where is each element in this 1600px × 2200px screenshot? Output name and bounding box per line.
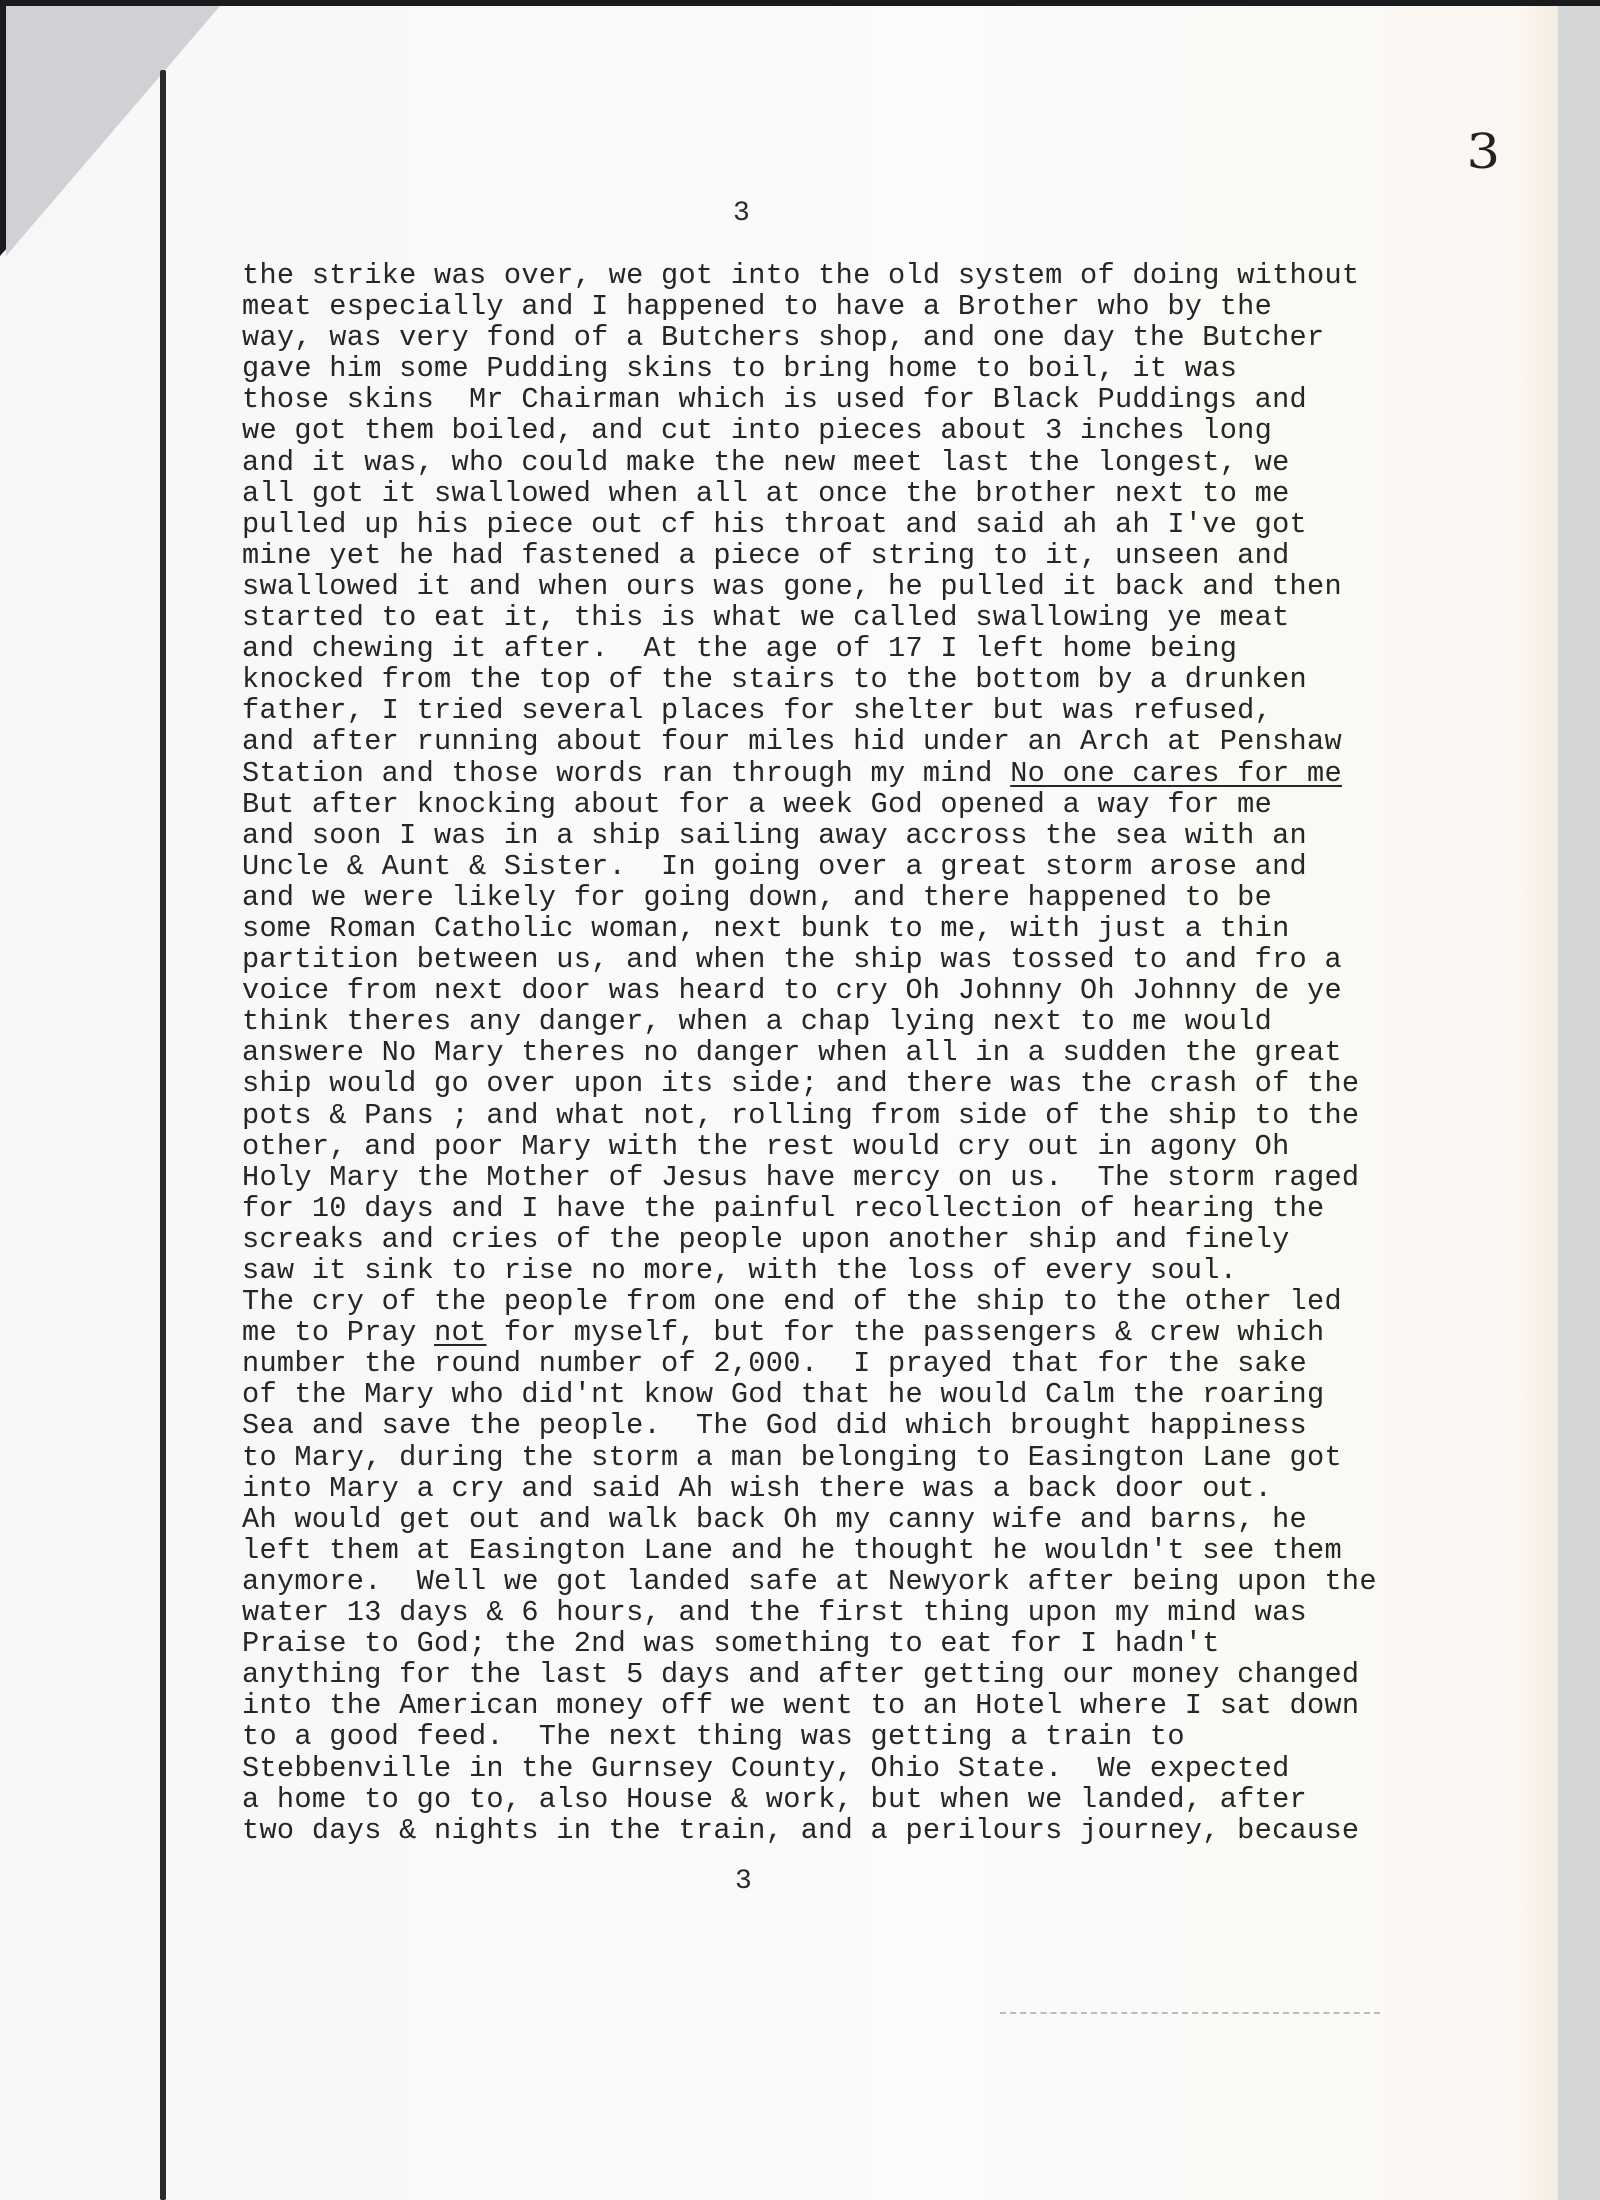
text-line: way, was very fond of a Butchers shop, a… (242, 322, 1482, 353)
text-line: to a good feed. The next thing was getti… (242, 1721, 1482, 1752)
text-line: voice from next door was heard to cry Oh… (242, 975, 1482, 1006)
typed-body-text: the strike was over, we got into the old… (242, 260, 1482, 1846)
text-line: Ah would get out and walk back Oh my can… (242, 1504, 1482, 1535)
text-line: the strike was over, we got into the old… (242, 260, 1482, 291)
text-line: me to Pray not for myself, but for the p… (242, 1317, 1482, 1348)
text-line: water 13 days & 6 hours, and the first t… (242, 1597, 1482, 1628)
text-line: partition between us, and when the ship … (242, 944, 1482, 975)
underlined-phrase: not (434, 1316, 486, 1349)
text-line: some Roman Catholic woman, next bunk to … (242, 913, 1482, 944)
text-line: Stebbenville in the Gurnsey County, Ohio… (242, 1753, 1482, 1784)
text-line: to Mary, during the storm a man belongin… (242, 1442, 1482, 1473)
text-line: and it was, who could make the new meet … (242, 447, 1482, 478)
text-line: The cry of the people from one end of th… (242, 1286, 1482, 1317)
text-line: mine yet he had fastened a piece of stri… (242, 540, 1482, 571)
text-line: meat especially and I happened to have a… (242, 291, 1482, 322)
text-line: Uncle & Aunt & Sister. In going over a g… (242, 851, 1482, 882)
margin-rule (160, 70, 166, 2200)
text-line: But after knocking about for a week God … (242, 789, 1482, 820)
text-line: into Mary a cry and said Ah wish there w… (242, 1473, 1482, 1504)
text-line: screaks and cries of the people upon ano… (242, 1224, 1482, 1255)
text-line: other, and poor Mary with the rest would… (242, 1131, 1482, 1162)
underlined-phrase: No one cares for me (1010, 757, 1342, 790)
text-line: left them at Easington Lane and he thoug… (242, 1535, 1482, 1566)
text-line: and soon I was in a ship sailing away ac… (242, 820, 1482, 851)
text-line: pots & Pans ; and what not, rolling from… (242, 1100, 1482, 1131)
text-line: Station and those words ran through my m… (242, 758, 1482, 789)
text-line: Holy Mary the Mother of Jesus have mercy… (242, 1162, 1482, 1193)
text-line: answere No Mary theres no danger when al… (242, 1037, 1482, 1068)
text-line: and chewing it after. At the age of 17 I… (242, 633, 1482, 664)
text-line: all got it swallowed when all at once th… (242, 478, 1482, 509)
handwritten-page-number: 3 (1466, 124, 1500, 180)
text-line: father, I tried several places for shelt… (242, 695, 1482, 726)
page-number-top: 3 (733, 198, 750, 229)
text-line: of the Mary who did'nt know God that he … (242, 1379, 1482, 1410)
text-line: swallowed it and when ours was gone, he … (242, 571, 1482, 602)
text-line: number the round number of 2,000. I pray… (242, 1348, 1482, 1379)
text-line: anymore. Well we got landed safe at Newy… (242, 1566, 1482, 1597)
page-number-bottom: 3 (735, 1866, 752, 1897)
scanner-frame-top (0, 0, 1600, 6)
text-line: those skins Mr Chairman which is used fo… (242, 384, 1482, 415)
scan-artifact-dashes (1000, 2012, 1380, 2016)
text-line: pulled up his piece out cf his throat an… (242, 509, 1482, 540)
text-line: knocked from the top of the stairs to th… (242, 664, 1482, 695)
text-line: ship would go over upon its side; and th… (242, 1068, 1482, 1099)
text-line: saw it sink to rise no more, with the lo… (242, 1255, 1482, 1286)
text-line: Sea and save the people. The God did whi… (242, 1410, 1482, 1441)
text-line: and after running about four miles hid u… (242, 726, 1482, 757)
text-line: two days & nights in the train, and a pe… (242, 1815, 1482, 1846)
text-line: anything for the last 5 days and after g… (242, 1659, 1482, 1690)
text-line: into the American money off we went to a… (242, 1690, 1482, 1721)
text-line: started to eat it, this is what we calle… (242, 602, 1482, 633)
text-line: we got them boiled, and cut into pieces … (242, 415, 1482, 446)
text-line: and we were likely for going down, and t… (242, 882, 1482, 913)
text-line: for 10 days and I have the painful recol… (242, 1193, 1482, 1224)
text-line: gave him some Pudding skins to bring hom… (242, 353, 1482, 384)
text-line: a home to go to, also House & work, but … (242, 1784, 1482, 1815)
text-line: think theres any danger, when a chap lyi… (242, 1006, 1482, 1037)
text-line: Praise to God; the 2nd was something to … (242, 1628, 1482, 1659)
